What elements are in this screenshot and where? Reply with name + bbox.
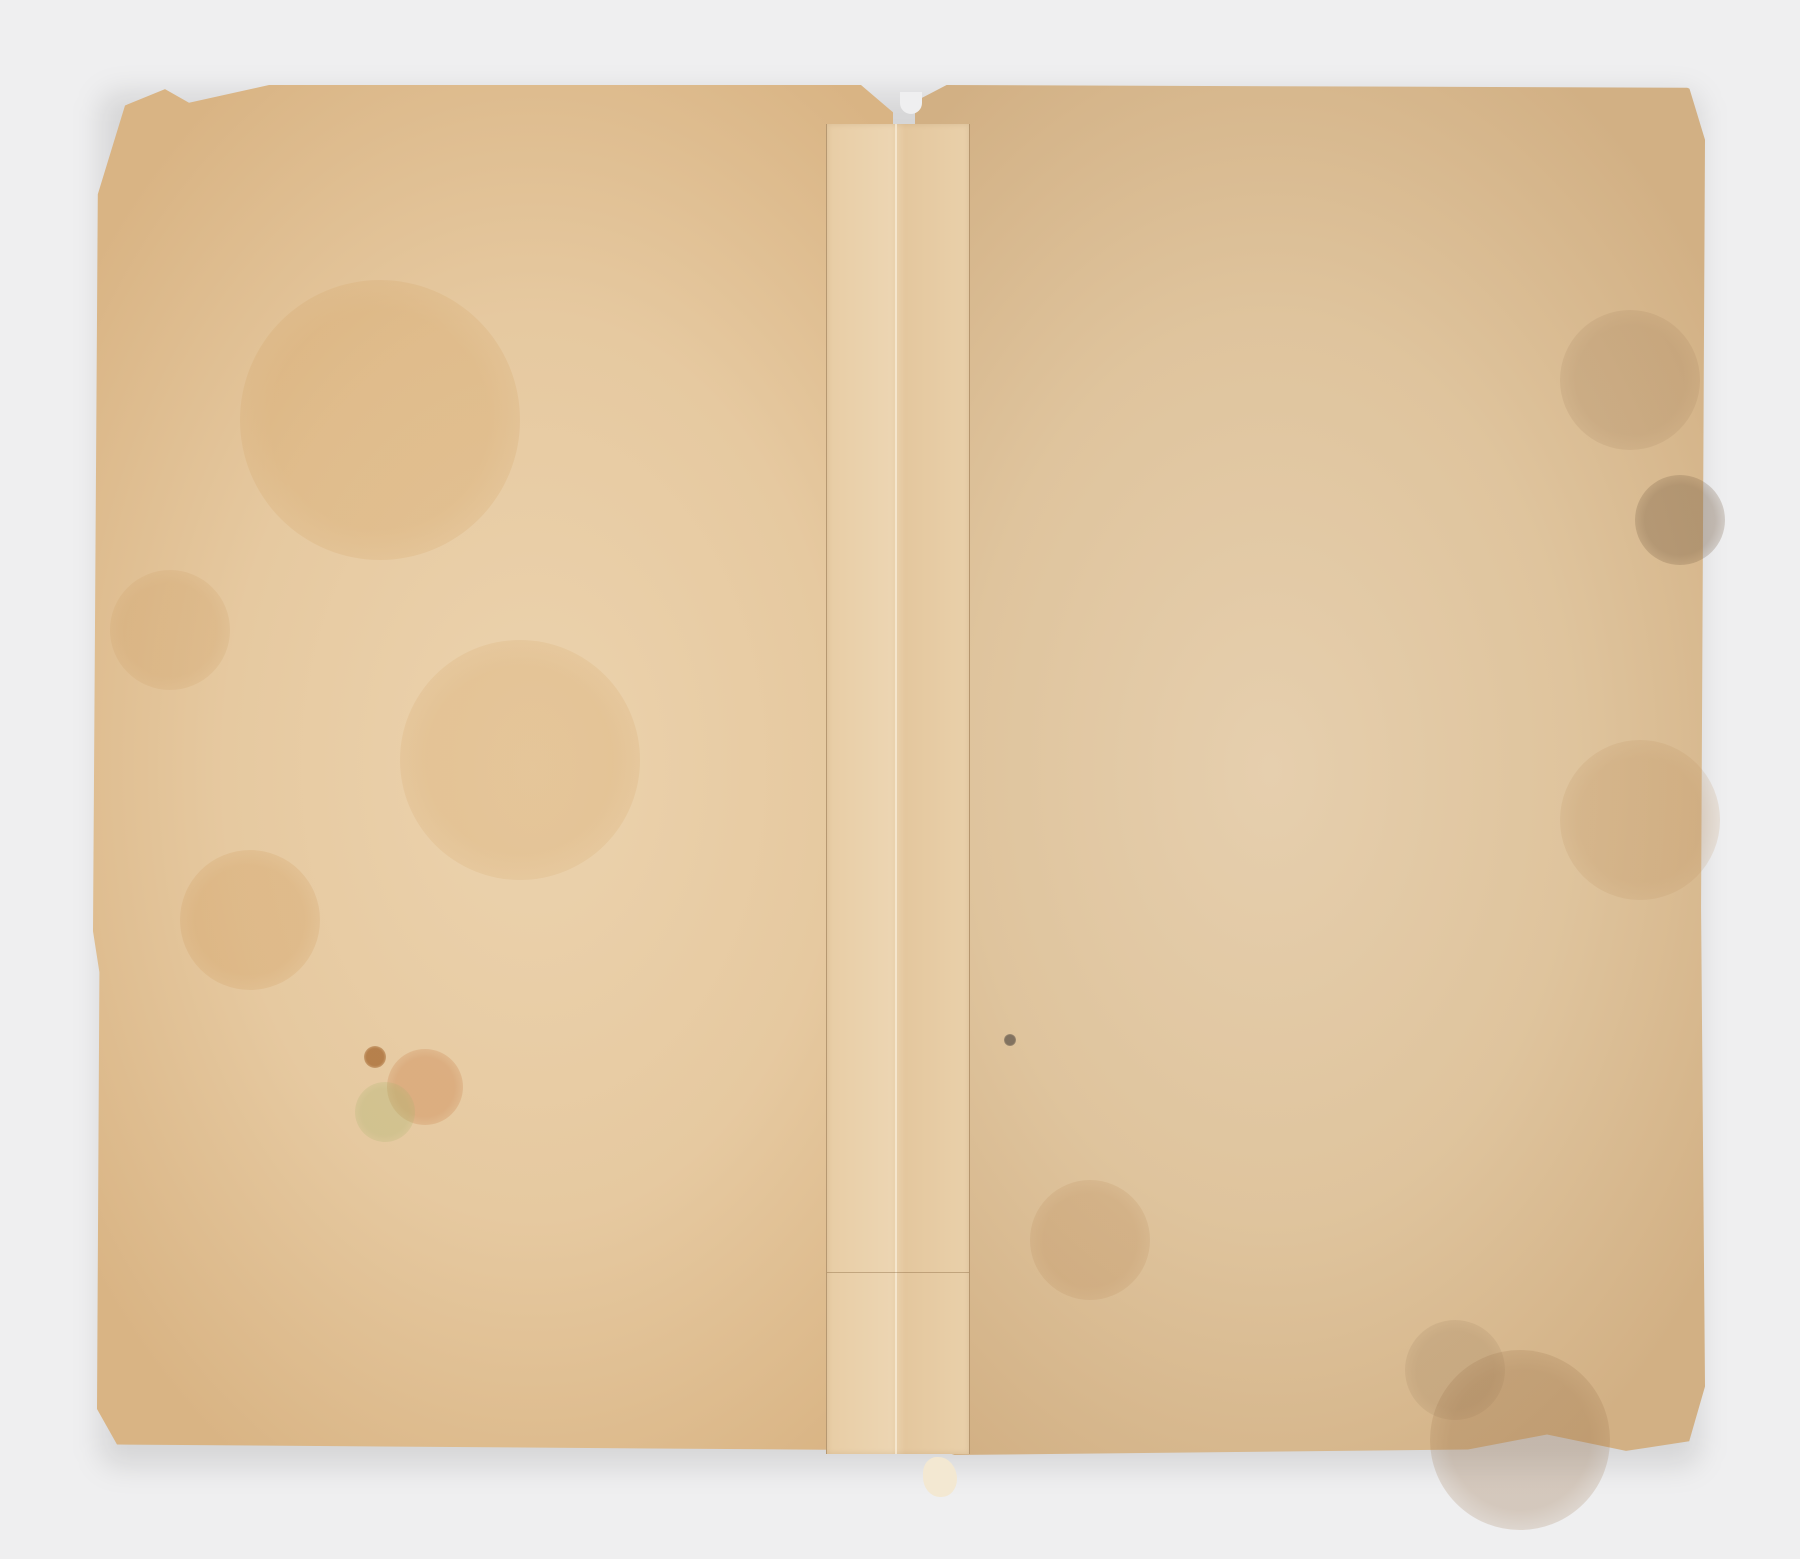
tape-seam bbox=[827, 1272, 969, 1273]
left-page bbox=[93, 85, 893, 1450]
spine-crease bbox=[895, 124, 897, 1454]
photo-scene bbox=[0, 0, 1800, 1559]
spine-tape bbox=[826, 124, 970, 1454]
tape-stain bbox=[923, 1457, 957, 1497]
spine-notch bbox=[900, 92, 922, 114]
right-page bbox=[915, 85, 1705, 1455]
